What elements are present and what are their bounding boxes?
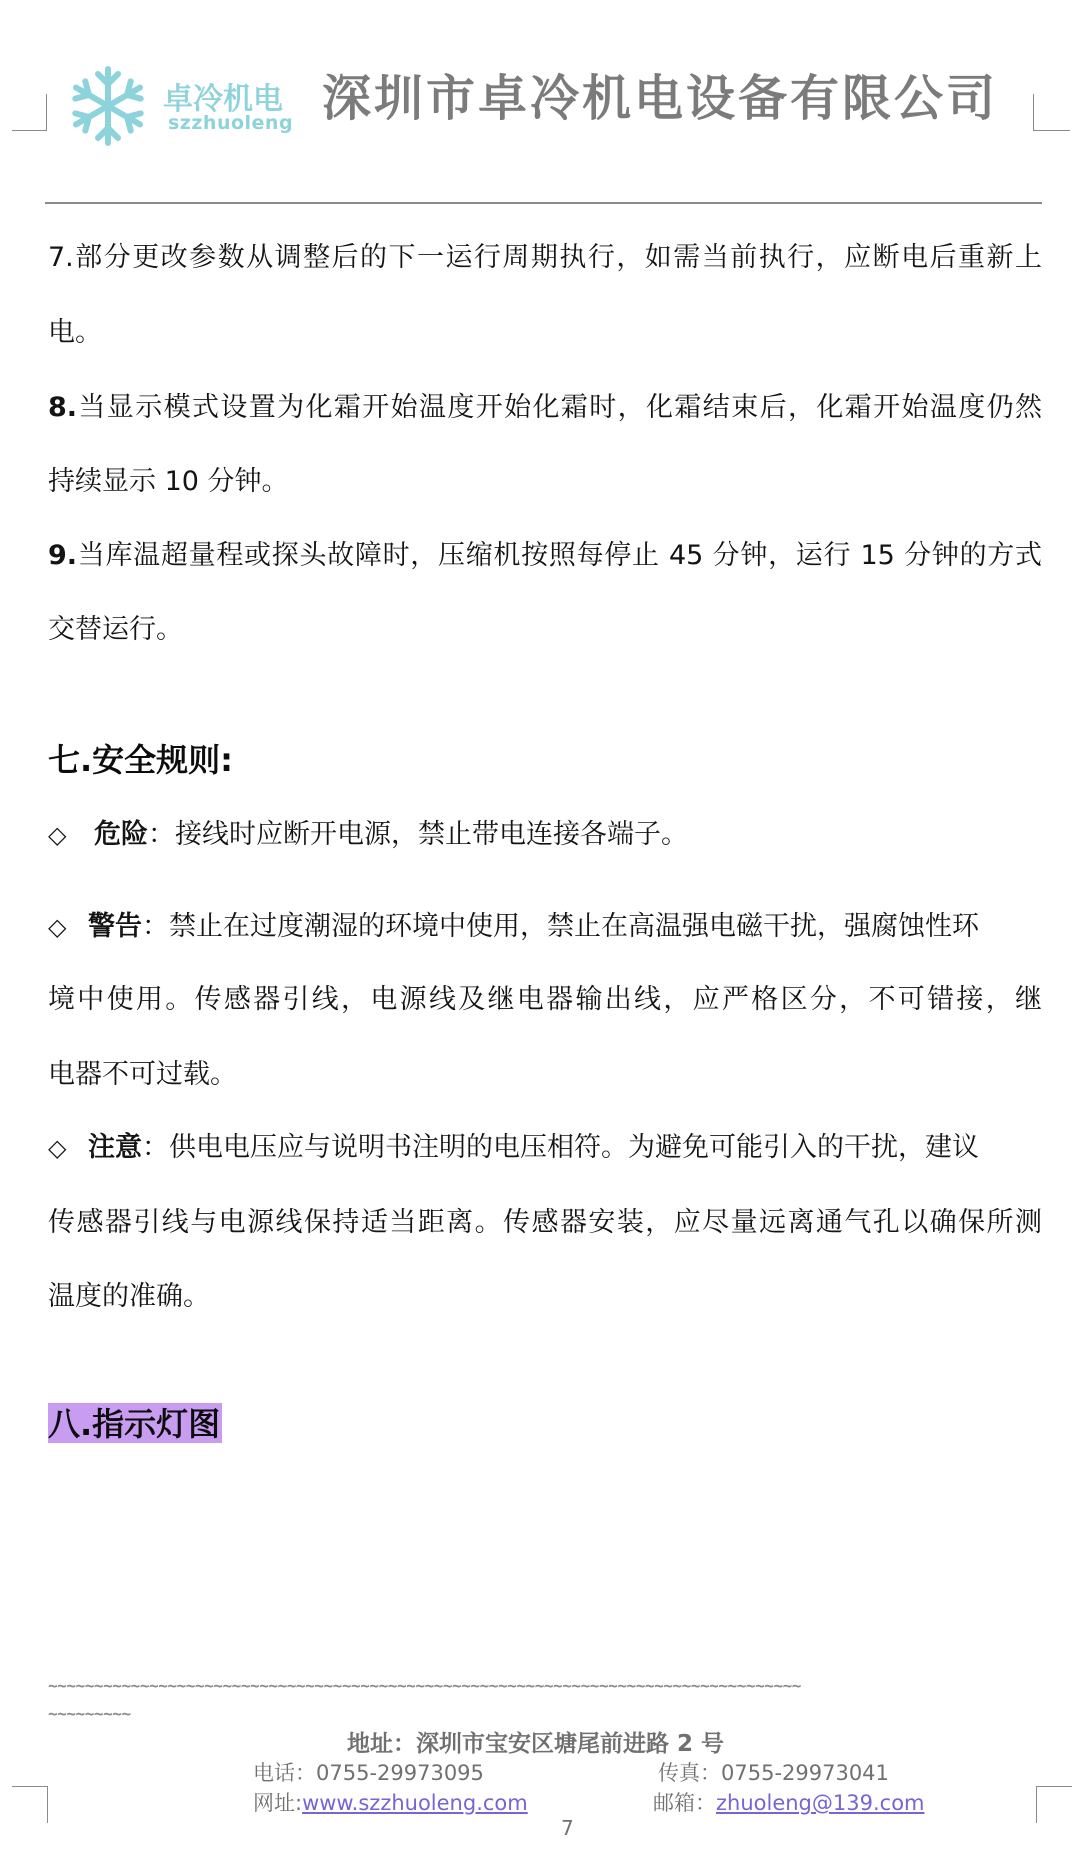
phone-label: 电话： — [253, 1761, 316, 1785]
safety-sep: ： — [142, 910, 169, 944]
email-label: 邮箱： — [653, 1791, 716, 1815]
logo-name-en: szzhuoleng — [168, 112, 293, 134]
note-number: 8. — [48, 392, 77, 423]
website-link[interactable]: www.szzhuoleng.com — [302, 1791, 528, 1815]
snowflake-icon — [68, 66, 148, 146]
corner-mark-bottom-right — [1036, 1786, 1072, 1823]
diamond-bullet-icon: ◇ — [48, 818, 82, 852]
footer-address: 地址：深圳市宝安区塘尾前进路 2 号 — [347, 1731, 724, 1757]
section-title-indicator-diagram: 八.指示灯图 — [48, 1404, 222, 1444]
safety-caution-line-2: 传感器引线与电源线保持适当距离。传感器安装，应尽量远离通气孔以确保所测 — [48, 1206, 1042, 1240]
phone-value: 0755-29973095 — [316, 1761, 484, 1785]
company-logo: 卓冷机电 szzhuoleng — [64, 62, 300, 148]
footer-wave-divider-2: ~~~~~~~~~ — [48, 1704, 131, 1723]
safety-warning-line-3: 电器不可过载。 — [48, 1058, 237, 1092]
safety-label: 危险 — [94, 818, 148, 852]
note-8-line-2: 持续显示 10 分钟。 — [48, 465, 289, 499]
fax-label: 传真： — [658, 1761, 721, 1785]
note-text: 当库温超量程或探头故障时，压缩机按照每停止 45 分钟，运行 15 分钟的方式 — [77, 540, 1042, 571]
footer-email: 邮箱：zhuoleng@139.com — [653, 1790, 925, 1816]
diamond-bullet-icon: ◇ — [48, 1131, 82, 1165]
safety-text: 禁止在过度潮湿的环境中使用，禁止在高温强电磁干扰，强腐蚀性环 — [169, 910, 979, 944]
note-number: 7. — [48, 242, 74, 273]
safety-label: 警告 — [88, 910, 142, 944]
note-9-line-2: 交替运行。 — [48, 613, 183, 647]
header-divider — [45, 202, 1042, 204]
note-text: 部分更改参数从调整后的下一运行周期执行，如需当前执行，应断电后重新上 — [74, 242, 1042, 273]
diamond-bullet-icon: ◇ — [48, 910, 82, 944]
corner-mark-top-right — [1033, 94, 1070, 131]
note-7-line-1: 7.部分更改参数从调整后的下一运行周期执行，如需当前执行，应断电后重新上 — [48, 241, 1042, 275]
safety-warning-line-2: 境中使用。传感器引线，电源线及继电器输出线，应严格区分，不可错接，继 — [48, 983, 1042, 1017]
safety-sep: ： — [142, 1131, 169, 1165]
footer-website: 网址:www.szzhuoleng.com — [253, 1790, 528, 1816]
website-label: 网址: — [253, 1791, 302, 1815]
note-8-line-1: 8.当显示模式设置为化霜开始温度开始化霜时，化霜结束后，化霜开始温度仍然 — [48, 391, 1042, 425]
safety-item-caution: ◇ 注意：供电电压应与说明书注明的电压相符。为避免可能引入的干扰，建议 — [48, 1131, 1042, 1165]
note-text: 电。 — [48, 317, 102, 348]
safety-text: 接线时应断开电源，禁止带电连接各端子。 — [175, 818, 688, 852]
address-label: 地址： — [347, 1731, 416, 1757]
section-title-safety: 七.安全规则: — [48, 740, 233, 780]
note-number: 9. — [48, 540, 77, 571]
note-7-line-2: 电。 — [48, 316, 102, 350]
page-number: 7 — [561, 1815, 574, 1841]
fax-value: 0755-29973041 — [721, 1761, 889, 1785]
highlighted-heading: 八.指示灯图 — [48, 1403, 222, 1443]
safety-text: 供电电压应与说明书注明的电压相符。为避免可能引入的干扰，建议 — [169, 1131, 979, 1165]
safety-item-danger: ◇ 危险：接线时应断开电源，禁止带电连接各端子。 — [48, 818, 688, 852]
safety-sep: ： — [148, 818, 175, 852]
corner-mark-top-left — [12, 94, 47, 131]
note-text: 当显示模式设置为化霜开始温度开始化霜时，化霜结束后，化霜开始温度仍然 — [77, 392, 1042, 423]
safety-label: 注意 — [88, 1131, 142, 1165]
company-name: 深圳市卓冷机电设备有限公司 — [322, 60, 998, 130]
footer-phone: 电话：0755-29973095 — [253, 1760, 484, 1786]
address-value: 深圳市宝安区塘尾前进路 2 号 — [416, 1731, 724, 1757]
email-link[interactable]: zhuoleng@139.com — [716, 1791, 925, 1815]
note-9-line-1: 9.当库温超量程或探头故障时，压缩机按照每停止 45 分钟，运行 15 分钟的方… — [48, 539, 1042, 573]
note-text: 持续显示 10 分钟。 — [48, 466, 289, 497]
corner-mark-bottom-left — [12, 1786, 48, 1823]
safety-item-warning: ◇ 警告：禁止在过度潮湿的环境中使用，禁止在高温强电磁干扰，强腐蚀性环 — [48, 910, 1042, 944]
note-text: 交替运行。 — [48, 614, 183, 645]
footer-fax: 传真：0755-29973041 — [658, 1760, 889, 1786]
footer-wave-divider-1: ~~~~~~~~~~~~~~~~~~~~~~~~~~~~~~~~~~~~~~~~… — [48, 1676, 801, 1695]
safety-caution-line-3: 温度的准确。 — [48, 1280, 210, 1314]
